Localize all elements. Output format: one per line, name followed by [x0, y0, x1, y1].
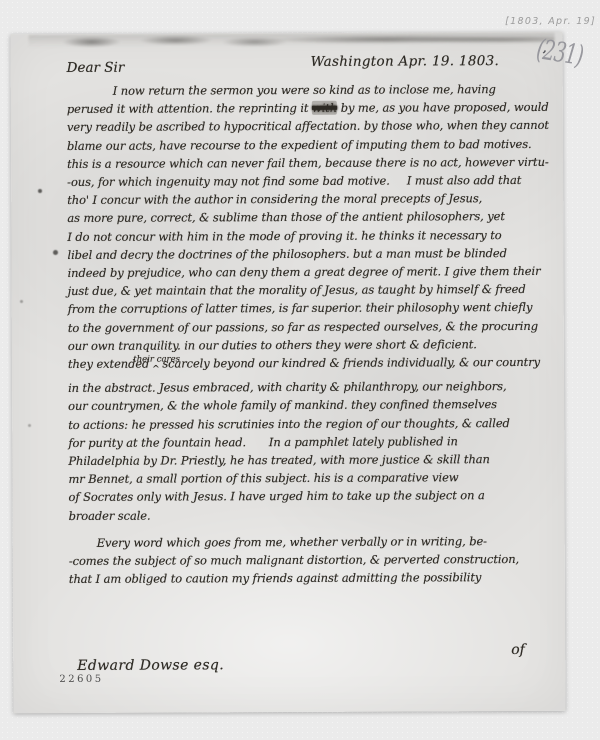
line-text: Every word which goes from me, whether v…: [97, 534, 487, 550]
letter-body: I now return the sermon you were so kind…: [67, 80, 561, 589]
letter-line: Philadelphia by Dr. Priestly, he has tre…: [68, 450, 560, 470]
ink-speck: [28, 424, 31, 427]
address-line: Edward Dowse esq.: [77, 657, 224, 674]
line-text: blame our acts, have recourse to the exp…: [67, 137, 532, 153]
line-text: I now return the sermon you were so kind…: [113, 82, 496, 98]
struck-out-word: with: [312, 101, 337, 115]
letter-line: tho' I concur with the author in conside…: [67, 189, 559, 209]
dateline: Washington Apr. 19. 1803.: [311, 53, 499, 70]
line-text: -comes the subject of so much malignant …: [69, 552, 519, 568]
letter-line: Every word which goes from me, whether v…: [69, 532, 561, 552]
letter-line: mr Bennet, a small portion of this subje…: [68, 468, 560, 488]
line-text: I do not concur with him in the mode of …: [67, 228, 501, 244]
letter-line: indeed by prejudice, who can deny them a…: [68, 262, 560, 282]
line-text: as more pure, correct, & sublime than th…: [67, 209, 505, 225]
letter-line: our countrymen, & the whole family of ma…: [68, 395, 560, 415]
letter-line: to the government of our passions, so fa…: [68, 316, 560, 336]
ink-speck: [38, 189, 42, 193]
corner-date-annotation: [1803, Apr. 19]: [505, 16, 596, 27]
line-text: mr Bennet, a small portion of this subje…: [68, 471, 458, 487]
letter-line: I now return the sermon you were so kind…: [67, 80, 559, 100]
line-text: perused it with attention. the reprintin…: [67, 101, 312, 116]
inserted-words: their cares: [133, 351, 180, 369]
salutation: Dear Sir: [67, 60, 125, 76]
document-scan-view: [1803, Apr. 19] Dear Sir Washington Apr.…: [0, 0, 600, 740]
line-text: Philadelphia by Dr. Priestly, he has tre…: [68, 452, 489, 468]
line-text: libel and decry the doctrines of the phi…: [67, 246, 506, 262]
letter-line: broader scale.: [69, 504, 561, 524]
line-text: of Socrates only with Jesus. I have urge…: [69, 489, 485, 505]
line-text: very readily be ascribed to hypocritical…: [67, 118, 549, 134]
line-text: this is a resource which can never fail …: [67, 155, 549, 171]
letter-line: perused it with attention. the reprintin…: [67, 98, 559, 118]
letter-line: very readily be ascribed to hypocritical…: [67, 116, 559, 136]
line-text: our countrymen, & the whole family of ma…: [68, 398, 497, 414]
line-text: tho' I concur with the author in conside…: [67, 191, 482, 207]
line-text: from the corruptions of latter times, is…: [68, 300, 533, 316]
letter-line: that I am obliged to caution my friends …: [69, 568, 561, 588]
letter-page: Dear Sir Washington Apr. 19. 1803. (231)…: [11, 32, 566, 713]
ink-speck: [53, 250, 58, 255]
line-text: to the government of our passions, so fa…: [68, 319, 538, 335]
line-text: scarcely beyond our kindred & friends in…: [162, 355, 540, 371]
letter-line: for purity at the fountain head. In a pa…: [68, 432, 560, 452]
letter-line: libel and decry the doctrines of the phi…: [67, 244, 559, 264]
line-text: to actions: he pressed his scrutinies in…: [68, 416, 510, 432]
line-text: just due, & yet maintain that the morali…: [68, 282, 526, 298]
letter-line: I do not concur with him in the mode of …: [67, 225, 559, 245]
interline-insertion: ^their cares: [149, 355, 162, 379]
line-text: for purity at the fountain head. In a pa…: [68, 434, 458, 450]
ink-speck: [20, 300, 23, 303]
letter-line: as more pure, correct, & sublime than th…: [67, 207, 559, 227]
archive-number-stamp: 22605: [59, 674, 103, 685]
paper-fold-shadow: [29, 33, 555, 48]
catchword: of: [511, 642, 525, 658]
letter-line: from the corruptions of latter times, is…: [68, 298, 560, 318]
letter-line: to actions: he pressed his scrutinies in…: [68, 413, 560, 433]
line-text: that I am obliged to caution my friends …: [69, 570, 481, 586]
line-text: indeed by prejudice, who can deny them a…: [68, 264, 541, 280]
line-text: broader scale.: [69, 508, 151, 522]
letter-line: in the abstract. Jesus embraced, with ch…: [68, 377, 560, 397]
letter-line: they extended^their caresscarcely beyond…: [68, 353, 560, 379]
letter-line: blame our acts, have recourse to the exp…: [67, 134, 559, 154]
line-text: -ous, for which ingenuity may not find s…: [67, 173, 521, 189]
letter-line: -comes the subject of so much malignant …: [69, 550, 561, 570]
letter-line: this is a resource which can never fail …: [67, 153, 559, 173]
line-text: our own tranquility. in our duties to ot…: [68, 337, 477, 353]
letter-line: of Socrates only with Jesus. I have urge…: [69, 486, 561, 506]
line-text: by me, as you have proposed, would: [337, 100, 549, 115]
line-text: in the abstract. Jesus embraced, with ch…: [68, 379, 506, 395]
letter-line: just due, & yet maintain that the morali…: [68, 280, 560, 300]
letter-line: -ous, for which ingenuity may not find s…: [67, 171, 559, 191]
